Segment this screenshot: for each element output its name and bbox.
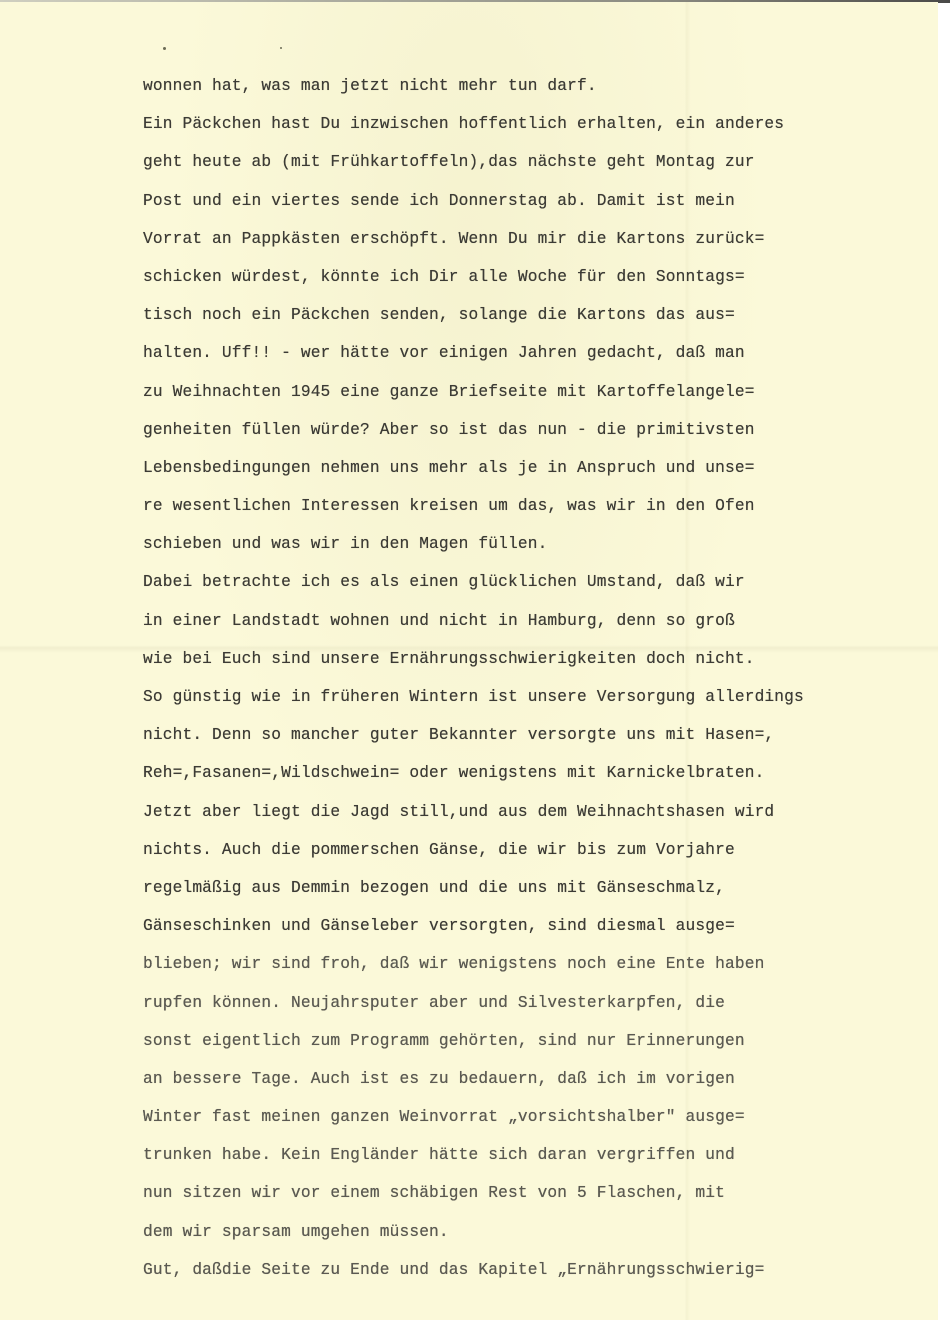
text-line: Ein Päckchen hast Du inzwischen hoffentl… [143, 112, 943, 150]
letter-body: wonnen hat, was man jetzt nicht mehr tun… [143, 74, 943, 1296]
text-line: an bessere Tage. Auch ist es zu bedauern… [143, 1067, 943, 1105]
text-line: So günstig wie in früheren Wintern ist u… [143, 685, 943, 723]
text-line: nichts. Auch die pommerschen Gänse, die … [143, 838, 943, 876]
text-line: trunken habe. Kein Engländer hätte sich … [143, 1143, 943, 1181]
text-line: genheiten füllen würde? Aber so ist das … [143, 418, 943, 456]
text-line: blieben; wir sind froh, daß wir wenigste… [143, 952, 943, 990]
text-line: zu Weihnachten 1945 eine ganze Briefseit… [143, 380, 943, 418]
text-line: Vorrat an Pappkästen erschöpft. Wenn Du … [143, 227, 943, 265]
text-line: nun sitzen wir vor einem schäbigen Rest … [143, 1181, 943, 1219]
text-line: Dabei betrachte ich es als einen glückli… [143, 570, 943, 608]
text-line: Reh=,Fasanen=,Wildschwein= oder wenigste… [143, 761, 943, 799]
text-line: Gut, daßdie Seite zu Ende und das Kapite… [143, 1258, 943, 1296]
text-line: Gänseschinken und Gänseleber versorgten,… [143, 914, 943, 952]
ink-speck [280, 47, 282, 49]
text-line: Jetzt aber liegt die Jagd still,und aus … [143, 800, 943, 838]
text-line: re wesentlichen Interessen kreisen um da… [143, 494, 943, 532]
text-line: wonnen hat, was man jetzt nicht mehr tun… [143, 74, 943, 112]
text-line: tisch noch ein Päckchen senden, solange … [143, 303, 943, 341]
text-line: geht heute ab (mit Frühkartoffeln),das n… [143, 150, 943, 188]
text-line: rupfen können. Neujahrsputer aber und Si… [143, 991, 943, 1029]
text-line: sonst eigentlich zum Programm gehörten, … [143, 1029, 943, 1067]
text-line: halten. Uff!! - wer hätte vor einigen Ja… [143, 341, 943, 379]
ink-speck [163, 47, 166, 50]
text-line: Post und ein viertes sende ich Donnersta… [143, 189, 943, 227]
text-line: schieben und was wir in den Magen füllen… [143, 532, 943, 570]
text-line: Lebensbedingungen nehmen uns mehr als je… [143, 456, 943, 494]
letter-page: ​ wonnen hat, was man jetzt nicht mehr t… [0, 2, 938, 1320]
text-line: regelmäßig aus Demmin bezogen und die un… [143, 876, 943, 914]
text-line: dem wir sparsam umgehen müssen. [143, 1220, 943, 1258]
text-line: in einer Landstadt wohnen und nicht in H… [143, 609, 943, 647]
text-line: schicken würdest, könnte ich Dir alle Wo… [143, 265, 943, 303]
text-line: nicht. Denn so mancher guter Bekannter v… [143, 723, 943, 761]
text-line: Winter fast meinen ganzen Weinvorrat „vo… [143, 1105, 943, 1143]
text-line: wie bei Euch sind unsere Ernährungsschwi… [143, 647, 943, 685]
